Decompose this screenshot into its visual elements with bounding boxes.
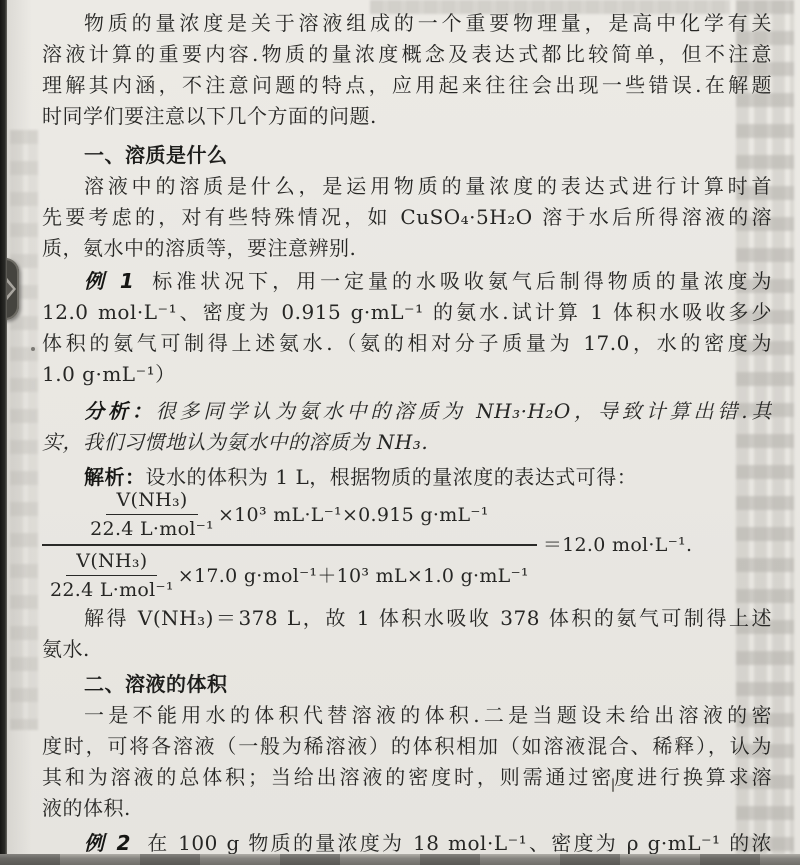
text-line: 体积的氨气可制得上述氨水.（氨的相对分子质量为 17.0，水的密度为 xyxy=(42,328,772,359)
equation-block: V(NH₃) 22.4 L·mol⁻¹ ×10³ mL·L⁻¹×0.915 g·… xyxy=(42,493,772,597)
fraction-outer: V(NH₃) 22.4 L·mol⁻¹ ×10³ mL·L⁻¹×0.915 g·… xyxy=(42,485,537,605)
text-line: 溶液计算的重要内容.物质的量浓度概念及表达式都比较简单，但不注意 xyxy=(42,39,772,70)
text-line: 氨水. xyxy=(42,634,772,665)
text-line: 时同学们要注意以下几个方面的问题. xyxy=(42,101,772,132)
section-heading-2: 二、溶液的体积 xyxy=(42,669,772,700)
example-2-text: 在 100 g 物质的量浓度为 18 mol·L⁻¹、密度为 ρ g·mL⁻¹ … xyxy=(145,831,772,855)
analysis-line: 分析：很多同学认为氨水中的溶质为 NH₃·H₂O，导致计算出错.其 xyxy=(42,396,772,427)
text-line: 物质的量浓度是关于溶液组成的一个重要物理量，是高中化学有关 xyxy=(42,8,772,39)
text-line: 1.0 g·mL⁻¹） xyxy=(42,359,772,390)
text-line: 液的体积. xyxy=(42,793,772,824)
text-line: 一是不能用水的体积代替溶液的体积.二是当题设未给出溶液的密 xyxy=(42,700,772,731)
text-line: 溶液中的溶质是什么，是运用物质的量浓度的表达式进行计算时首 xyxy=(42,171,772,202)
text-line: 实，我们习惯地认为氨水中的溶质为 NH₃. xyxy=(42,427,772,458)
fraction-numerator: V(NH₃) 22.4 L·mol⁻¹ ×10³ mL·L⁻¹×0.915 g·… xyxy=(82,485,497,544)
fraction-inner: V(NH₃) 22.4 L·mol⁻¹ xyxy=(90,487,214,542)
text-line: 理解其内涵，不注意问题的特点，应用起来往往会出现一些错误.在解题 xyxy=(42,70,772,101)
text-line: 先要考虑的，对有些特殊情况，如 CuSO₄·5H₂O 溶于水后所得溶液的溶 xyxy=(42,202,772,233)
inner-denominator: 22.4 L·mol⁻¹ xyxy=(90,515,214,542)
ink-speck xyxy=(612,778,614,792)
fraction-denominator: V(NH₃) 22.4 L·mol⁻¹ ×17.0 g·mol⁻¹＋10³ mL… xyxy=(42,546,537,605)
equation-result: ＝12.0 mol·L⁻¹. xyxy=(537,532,692,558)
text-line: 其和为溶液的总体积；当给出溶液的密度时，则需通过密度进行换算求溶 xyxy=(42,762,772,793)
numerator-tail: ×10³ mL·L⁻¹×0.915 g·mL⁻¹ xyxy=(218,502,489,528)
denominator-tail: ×17.0 g·mol⁻¹＋10³ mL×1.0 g·mL⁻¹ xyxy=(178,563,529,589)
fraction-inner: V(NH₃) 22.4 L·mol⁻¹ xyxy=(50,548,174,603)
scanned-book-page: 物质的量浓度是关于溶液组成的一个重要物理量，是高中化学有关 溶液计算的重要内容.… xyxy=(0,0,800,865)
example-1-line: 例 1标准状况下，用一定量的水吸收氨气后制得物质的量浓度为 xyxy=(42,266,772,297)
inner-numerator: V(NH₃) xyxy=(66,548,157,576)
book-left-edge xyxy=(0,0,7,865)
example-1-text: 标准状况下，用一定量的水吸收氨气后制得物质的量浓度为 xyxy=(149,269,772,293)
text-line: 12.0 mol·L⁻¹、密度为 0.915 g·mL⁻¹ 的氨水.试计算 1 … xyxy=(42,297,772,328)
text-line: 度时，可将各溶液（一般为稀溶液）的体积相加（如溶液混合、稀释），认为 xyxy=(42,731,772,762)
example-1-label: 例 1 xyxy=(84,269,149,293)
example-2-label: 例 2 xyxy=(84,831,145,855)
inner-denominator: 22.4 L·mol⁻¹ xyxy=(50,576,174,603)
inner-numerator: V(NH₃) xyxy=(106,487,197,515)
text-line: 解得 V(NH₃)＝378 L，故 1 体积水吸收 378 体积的氨气可制得上述 xyxy=(42,603,772,634)
analysis-label: 分析： xyxy=(84,399,156,423)
text-line: 质，氨水中的溶质等，要注意辨别. xyxy=(42,233,772,264)
book-bottom-edge xyxy=(0,854,800,865)
page-text-content: 物质的量浓度是关于溶液组成的一个重要物理量，是高中化学有关 溶液计算的重要内容.… xyxy=(0,0,800,859)
section-heading-1: 一、溶质是什么 xyxy=(42,140,772,171)
analysis-text: 很多同学认为氨水中的溶质为 NH₃·H₂O，导致计算出错.其 xyxy=(156,399,772,423)
ink-speck xyxy=(31,347,35,351)
